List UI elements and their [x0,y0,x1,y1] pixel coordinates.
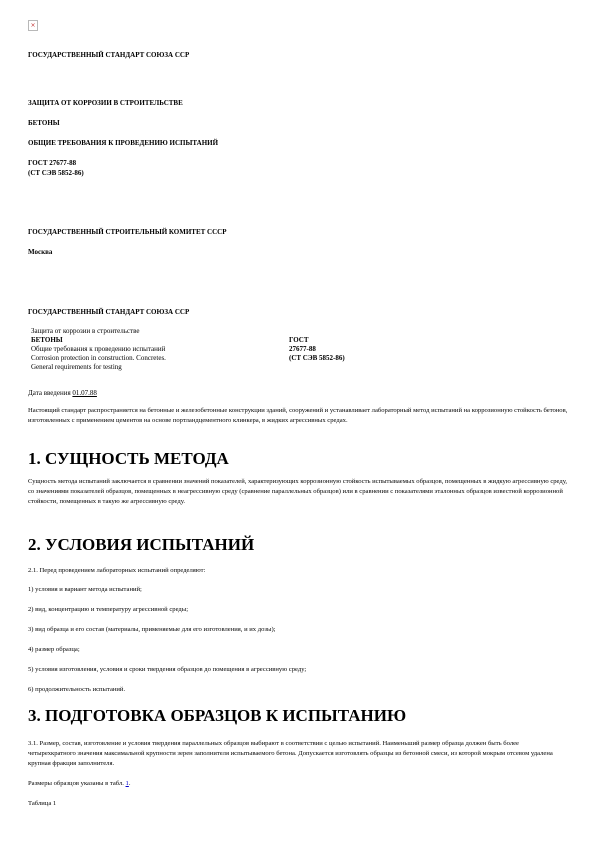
title-block-left-2: Общие требования к проведению испытаний [31,345,289,354]
title-block-left-4: General requirements for testing [31,363,289,372]
state-standard-header-2: ГОСУДАРСТВЕННЫЙ СТАНДАРТ СОЮЗА ССР [28,308,189,317]
sizes-text: Размеры образцов указаны в табл. [28,780,126,787]
intro-date-label: Дата введения [28,389,72,397]
section-2-item-2: 2) вид, концентрацию и температуру агрес… [28,605,188,615]
sizes-reference: Размеры образцов указаны в табл. 1. [28,779,131,789]
state-standard-header: ГОСУДАРСТВЕННЫЙ СТАНДАРТ СОЮЗА ССР [28,51,189,60]
section-1-heading: 1. СУЩНОСТЬ МЕТОДА [28,449,229,469]
section-2-item-6: 6) продолжительность испытаний. [28,685,125,695]
st-sev-number: (СТ СЭВ 5852-86) [28,169,84,178]
title-block-right-1: ГОСТ [289,336,309,345]
section-2-heading: 2. УСЛОВИЯ ИСПЫТАНИЙ [28,535,254,555]
gost-number: ГОСТ 27677-88 [28,159,76,168]
title-block: Защита от коррозии в строительстве БЕТОН… [31,327,345,372]
intro-date: Дата введения 01.07.88 [28,389,97,398]
section-2-intro: 2.1. Перед проведением лабораторных испы… [28,566,205,576]
section-2-item-3: 3) вид образца и его состав (материалы, … [28,625,275,635]
section-2-item-5: 5) условия изготовления, условия и сроки… [28,665,306,675]
city: Москва [28,248,52,257]
section-1-text: Сущность метода испытаний заключается в … [28,477,568,507]
section-3-heading: 3. ПОДГОТОВКА ОБРАЗЦОВ К ИСПЫТАНИЮ [28,706,406,726]
title-block-left-3: Corrosion protection in construction. Co… [31,354,289,363]
sizes-end: . [129,780,131,787]
section-3-text: 3.1. Размер, состав, изготовление и усло… [28,739,568,769]
title-block-right-3: (СТ СЭВ 5852-86) [289,354,345,363]
section-2-item-4: 4) размер образца; [28,645,80,655]
intro-paragraph: Настоящий стандарт распространяется на б… [28,406,568,426]
title-block-left-0: Защита от коррозии в строительстве [31,327,289,336]
doc-title-line2: БЕТОНЫ [28,119,60,128]
section-2-item-1: 1) условия и вариант метода испытаний; [28,585,142,595]
table-caption: Таблица 1 [28,799,56,809]
title-block-right-2: 27677-88 [289,345,316,354]
title-block-left-1: БЕТОНЫ [31,336,289,345]
broken-image-icon: × [28,20,38,31]
intro-date-link[interactable]: 01.07.88 [72,389,97,397]
doc-title-line3: ОБЩИЕ ТРЕБОВАНИЯ К ПРОВЕДЕНИЮ ИСПЫТАНИЙ [28,139,218,148]
committee-name: ГОСУДАРСТВЕННЫЙ СТРОИТЕЛЬНЫЙ КОМИТЕТ ССС… [28,228,227,237]
doc-title-line1: ЗАЩИТА ОТ КОРРОЗИИ В СТРОИТЕЛЬСТВЕ [28,99,183,108]
